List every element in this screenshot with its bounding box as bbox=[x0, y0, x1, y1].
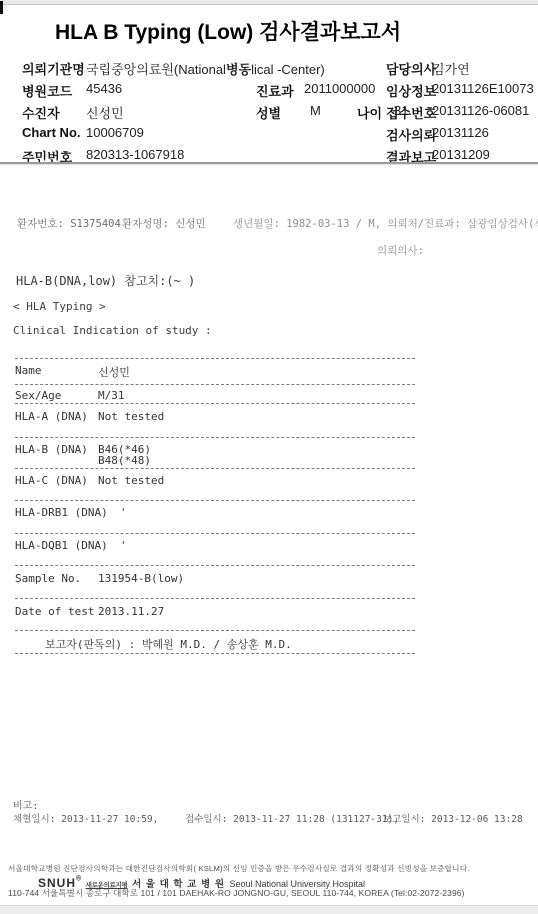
receipt-no-value: 20131126-06081 bbox=[432, 103, 529, 118]
org-value: 국립중앙의료원(National병동lical -Center) bbox=[86, 59, 325, 78]
row-value: Not tested bbox=[98, 410, 164, 423]
reporter-line: 보고자(판독의) : 박혜원 M.D. / 송상훈 M.D. bbox=[45, 636, 292, 652]
remark-label: 비고: bbox=[13, 797, 38, 812]
row-value: 131954-B(low) bbox=[98, 572, 184, 585]
patient-name: 환자성명: 신성민 bbox=[122, 216, 206, 231]
hospital-address: 110-744 서울특별시 종로구 대학로 101 / 101 DAEHAK-R… bbox=[8, 887, 465, 899]
table-divider bbox=[15, 500, 415, 501]
table-divider bbox=[15, 437, 415, 438]
request-date-value: 20131126 bbox=[432, 125, 489, 140]
row-value: ' bbox=[120, 506, 127, 519]
org-value-post: lical -Center) bbox=[251, 62, 325, 77]
collected-at: 채혈일시: 2013-11-27 10:59, bbox=[13, 811, 158, 825]
table-divider bbox=[15, 565, 415, 566]
doctor-value: 김가연 bbox=[432, 59, 470, 78]
hospital-code-label: 병원코드 bbox=[22, 81, 72, 100]
patient-birth-info: 생년월일: 1982-03-13 / M, 의뢰처/진료과: 삼광임상검사(선불… bbox=[233, 216, 538, 231]
row-label: HLA-C (DNA) bbox=[15, 474, 88, 487]
reference-range-line: HLA-B(DNA,low) 참고치:(~ ) bbox=[16, 272, 195, 289]
receipt-no-label: 접수번호 bbox=[386, 103, 436, 122]
chart-no-label: Chart No. bbox=[22, 125, 81, 140]
row-label: Name bbox=[15, 364, 42, 377]
table-divider bbox=[15, 653, 415, 654]
registered-mark-icon: ® bbox=[76, 876, 81, 883]
resident-id-value: 820313-1067918 bbox=[86, 147, 184, 162]
patient-number: 환자번호: S1375404 bbox=[17, 216, 121, 231]
row-label: HLA-B (DNA) bbox=[15, 443, 88, 456]
row-value: M/31 bbox=[98, 389, 125, 402]
row-value: 신성민 bbox=[98, 364, 130, 380]
org-value-overlay: 병동 bbox=[226, 62, 251, 77]
row-value-line2: B48(*48) bbox=[98, 454, 151, 467]
hospital-code-value: 45436 bbox=[86, 81, 122, 96]
sex-value: M bbox=[310, 103, 321, 118]
org-value-pre: 국립중앙의료원(National bbox=[86, 62, 226, 77]
age-label: 나이 bbox=[357, 103, 382, 122]
top-scan-strip bbox=[0, 0, 538, 5]
org-label: 의뢰기관명 bbox=[22, 59, 85, 78]
sex-label: 성별 bbox=[256, 103, 281, 122]
examinee-value: 신성민 bbox=[86, 103, 124, 122]
row-label: HLA-DRB1 (DNA) bbox=[15, 506, 108, 519]
table-divider bbox=[15, 468, 415, 469]
row-label: Sex/Age bbox=[15, 389, 61, 402]
dept-label: 진료과 bbox=[256, 81, 294, 100]
scan-corner-mark bbox=[0, 1, 3, 14]
clinical-indication-line: Clinical Indication of study : bbox=[13, 324, 212, 337]
reported-at: 보고일시: 2013-12-06 13:28 bbox=[383, 811, 523, 825]
table-divider bbox=[15, 384, 415, 385]
row-value: Not tested bbox=[98, 474, 164, 487]
section-title: < HLA Typing > bbox=[13, 300, 106, 313]
request-doctor-label: 의뢰의사: bbox=[377, 243, 424, 258]
page-title: HLA B Typing (Low) 검사결과보고서 bbox=[55, 16, 401, 46]
request-date-label: 검사의뢰 bbox=[386, 125, 436, 144]
report-page: HLA B Typing (Low) 검사결과보고서 의뢰기관명 국립중앙의료원… bbox=[0, 0, 538, 914]
chart-no-value: 10006709 bbox=[86, 125, 144, 140]
table-divider bbox=[15, 358, 415, 359]
table-divider bbox=[15, 533, 415, 534]
row-value: ' bbox=[120, 539, 127, 552]
table-divider bbox=[15, 403, 415, 404]
row-label: Date of test bbox=[15, 605, 94, 618]
clinical-info-value: 20131126E10073 bbox=[432, 81, 534, 96]
bottom-scan-strip bbox=[0, 905, 538, 914]
row-label: Sample No. bbox=[15, 572, 81, 585]
doctor-label: 담당의사 bbox=[386, 59, 436, 78]
clinical-info-label: 임상정보 bbox=[386, 81, 436, 100]
dept-value: 2011000000 bbox=[304, 81, 375, 96]
header-separator bbox=[0, 162, 538, 165]
row-value: 2013.11.27 bbox=[98, 605, 164, 618]
table-divider bbox=[15, 598, 415, 599]
received-at: 접수일시: 2013-11-27 11:28 (131127-31), bbox=[185, 811, 399, 825]
row-label: HLA-DQB1 (DNA) bbox=[15, 539, 108, 552]
report-date-value: 20131209 bbox=[432, 147, 490, 162]
row-label: HLA-A (DNA) bbox=[15, 410, 88, 423]
table-divider bbox=[15, 630, 415, 631]
examinee-label: 수진자 bbox=[22, 103, 60, 122]
accreditation-line: 서울대학교병원 진단검사의학과는 대한진단검사의학회( KSLM)의 신임 인증… bbox=[8, 863, 470, 874]
